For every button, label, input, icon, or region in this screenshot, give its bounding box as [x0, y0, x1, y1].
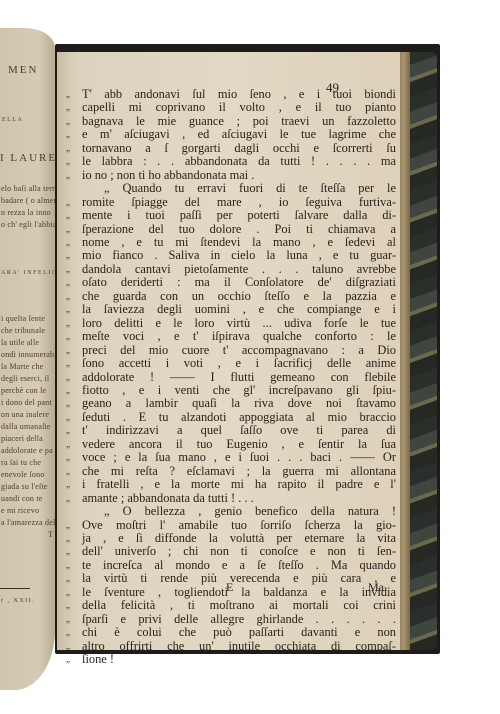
catchword: Ma	[368, 580, 384, 595]
line-text: chi è colui che può paſſarti davanti e n…	[82, 626, 396, 639]
quote-mark: „	[66, 209, 82, 222]
text-line: „bagnava le mie guance ; poi traevi un f…	[66, 115, 396, 128]
line-text: altro offrirti che un' inutile occhiata …	[82, 640, 396, 653]
line-text: io no ; non ti ho abbandonata mai .	[82, 169, 396, 182]
quote-mark: „	[66, 276, 82, 289]
text-line: „romite ſpiagge del mare , io ſeguiva fu…	[66, 196, 396, 209]
line-text: Ove moſtri l' amabile tuo ſorriſo ſcherz…	[82, 519, 396, 532]
signature-mark: E	[226, 580, 233, 595]
left-page-fragment: r , XXII.	[1, 598, 35, 604]
quote-mark: „	[66, 115, 82, 128]
text-line: „ſperazione del tuo dolore . Poi ti chia…	[66, 223, 396, 236]
left-page-fragment: badare ( o almen	[1, 196, 55, 205]
line-text: tornavano a ſ gorgarti dagli occhi e ſco…	[82, 142, 396, 155]
line-text: romite ſpiagge del mare , io ſeguiva fur…	[82, 196, 396, 209]
divider-rule	[0, 588, 30, 589]
left-page-fragment: n rezza la inno	[1, 208, 51, 217]
text-line: „loro delitti e le loro virtù ... udiva …	[66, 317, 396, 330]
text-line: „oſato deriderti : ma il Conſolatore de'…	[66, 276, 396, 289]
left-page-fragment: la utile alle	[1, 338, 39, 347]
line-text: ſperazione del tuo dolore . Poi ti chiam…	[82, 223, 396, 236]
quote-mark: „	[66, 613, 82, 626]
text-line: „mio fianco . Saliva in cielo la luna , …	[66, 249, 396, 262]
line-text: che guarda con un occhio ſteſſo e la paz…	[82, 290, 396, 303]
left-page-fragment: on una inalere	[1, 410, 49, 419]
quote-mark: „	[66, 586, 82, 599]
line-text: nome , e tu mi ſtendevi la mano , e ſede…	[82, 236, 396, 249]
quote-mark: „	[66, 317, 82, 330]
text-line: „vedere ancora il tuo Eugenio , e ſentir…	[66, 438, 396, 451]
quote-mark: „	[66, 626, 82, 639]
quote-mark: „	[66, 330, 82, 343]
text-line: „i fratelli , e la morte mi ha rapito il…	[66, 478, 396, 491]
quote-mark: „	[66, 263, 82, 276]
line-text: dandola cantavi pietoſamente . . . talun…	[82, 263, 396, 276]
line-text: la ſaviezza degli uomini , e che compian…	[82, 303, 396, 316]
line-text: ſeduti . E tu alzandoti appoggiata al mi…	[82, 411, 396, 424]
quote-mark: „	[66, 155, 82, 168]
line-text: mio fianco . Saliva in cielo la luna , e…	[82, 249, 396, 262]
quote-mark: „	[66, 196, 82, 209]
line-text: che mi reſta ? eſclamavi ; la guerra mi …	[82, 465, 396, 478]
text-line: „della felicità , ti moſtrano ai mortali…	[66, 599, 396, 612]
line-text: ſione !	[82, 653, 396, 666]
quote-mark: „	[66, 438, 82, 451]
left-page-fragment: T	[48, 530, 53, 539]
line-text: ſparſi e privi delle allegre ghirlande .…	[82, 613, 396, 626]
line-text: t' indirizzavi a quel ſaſſo ove ti parea…	[82, 424, 396, 437]
left-page-fragment: i queſta ſente	[1, 314, 45, 323]
left-page-fragment: piaceri della	[1, 434, 43, 443]
left-page-fragment: che tribunale	[1, 326, 45, 335]
text-line: „che mi reſta ? eſclamavi ; la guerra mi…	[66, 465, 396, 478]
text-line: „addolorate ! —— I flutti gemeano con fl…	[66, 371, 396, 384]
line-text: le labbra : . . abbandonata da tutti ! .…	[82, 155, 396, 168]
left-page-fragment: MEN	[8, 64, 38, 76]
quote-mark: „	[66, 478, 82, 491]
text-line: „ſeduti . E tu alzandoti appoggiata al m…	[66, 411, 396, 424]
quote-mark: „	[66, 384, 82, 397]
left-page: MENELLAI LAURETIelo baſi alla terrbadare…	[0, 28, 55, 690]
quote-mark: „	[66, 88, 82, 101]
quote-mark: „	[66, 357, 82, 370]
line-text: dell' univerſo ; chi non ti conoſce e no…	[82, 545, 396, 558]
line-text: della felicità , ti moſtrano ai mortali …	[82, 599, 396, 612]
quote-mark: „	[66, 223, 82, 236]
line-text: i fratelli , e la morte mi ha rapito il …	[82, 478, 396, 491]
text-line: „amante ; abbandonata da tutti ! . . .	[66, 492, 396, 505]
line-text: meſte voci , e t' iſpirava qualche confo…	[82, 330, 396, 343]
left-page-fragment: i dono del pant	[1, 398, 52, 407]
text-line: „t' indirizzavi a quel ſaſſo ove ti pare…	[66, 424, 396, 437]
line-text: amante ; abbandonata da tutti ! . . .	[82, 492, 396, 505]
text-line: „ O bellezza , genio benefico della natu…	[66, 505, 396, 518]
quote-mark: „	[66, 169, 82, 182]
quote-mark: „	[66, 599, 82, 612]
line-text: fiotto , e i venti che gl' increſpavano …	[82, 384, 396, 397]
quote-mark: „	[66, 451, 82, 464]
quote-mark: „	[66, 142, 82, 155]
line-text: voce ; e la ſua mano , e i ſuoi . . . ba…	[82, 451, 396, 464]
text-line: „meſte voci , e t' iſpirava qualche conf…	[66, 330, 396, 343]
line-text: bagnava le mie guance ; poi traevi un fa…	[82, 115, 396, 128]
line-text: „ Quando tu erravi fuori di te ſteſſa pe…	[82, 182, 396, 195]
quote-mark: „	[66, 492, 82, 505]
line-text: ja , e ſi diffonde la voluttà per eterna…	[82, 532, 396, 545]
text-line: „fiotto , e i venti che gl' increſpavano…	[66, 384, 396, 397]
quote-mark: „	[66, 236, 82, 249]
text-line: „dandola cantavi pietoſamente . . . talu…	[66, 263, 396, 276]
text-line: „tornavano a ſ gorgarti dagli occhi e ſc…	[66, 142, 396, 155]
quote-mark: „	[66, 344, 82, 357]
quote-mark: „	[66, 101, 82, 114]
quote-mark: „	[66, 572, 82, 585]
text-line: „la ſaviezza degli uomini , e che compia…	[66, 303, 396, 316]
quote-mark: „	[66, 411, 82, 424]
quote-mark	[66, 182, 82, 195]
text-line: „ Quando tu erravi fuori di te ſteſſa pe…	[66, 182, 396, 195]
text-line: „mente i tuoi paſſi per poterti ſalvare …	[66, 209, 396, 222]
line-text: addolorate ! —— I flutti gemeano con fle…	[82, 371, 396, 384]
line-text: te increſca al mondo e a ſe ſteſſo . Ma …	[82, 559, 396, 572]
text-line: „preci del mio cuore t' accompagnavano :…	[66, 344, 396, 357]
quote-mark: „	[66, 653, 82, 666]
line-text: vedere ancora il tuo Eugenio , e ſentir …	[82, 438, 396, 451]
quote-mark: „	[66, 424, 82, 437]
text-line: „che guarda con un occhio ſteſſo e la pa…	[66, 290, 396, 303]
left-page-fragment: addolorate e pa	[1, 446, 53, 455]
left-page-fragment: elo baſi alla terr	[1, 184, 55, 193]
line-text: ſono accetti i voti , e i ſacrificj dell…	[82, 357, 396, 370]
text-line: „te increſca al mondo e a ſe ſteſſo . Ma…	[66, 559, 396, 572]
line-text: capelli mi coprivano il volto , e il tuo…	[82, 101, 396, 114]
line-text: „ O bellezza , genio benefico della natu…	[82, 505, 396, 518]
line-text: T' abb andonavi ſul mio ſeno , e i tuoi …	[82, 88, 396, 101]
quote-mark: „	[66, 465, 82, 478]
line-text: e m' aſciugavi , ed aſciugavi le tue lag…	[82, 128, 396, 141]
left-page-fragment: e mi ricevo	[1, 506, 39, 515]
text-line: „le labbra : . . abbandonata da tutti ! …	[66, 155, 396, 168]
line-text: preci del mio cuore t' accompagnavano : …	[82, 344, 396, 357]
text-line: „geano a lambir quaſi la riva dove noi ſ…	[66, 397, 396, 410]
quote-mark: „	[66, 128, 82, 141]
quote-mark: „	[66, 371, 82, 384]
text-line: „chi è colui che può paſſarti davanti e …	[66, 626, 396, 639]
left-page-fragment: ra ſai tu che	[1, 458, 41, 467]
line-text: le ſventure , togliendoti la baldanza e …	[82, 586, 396, 599]
text-line: „io no ; non ti ho abbandonata mai .	[66, 169, 396, 182]
quote-mark: „	[66, 640, 82, 653]
text-line: „ſparſi e privi delle allegre ghirlande …	[66, 613, 396, 626]
left-page-fragment: uandi con te	[1, 494, 43, 503]
line-text: loro delitti e le loro virtù ... udiva f…	[82, 317, 396, 330]
line-text: oſato deriderti : ma il Conſolatore de' …	[82, 276, 396, 289]
text-line: „ja , e ſi diffonde la voluttà per etern…	[66, 532, 396, 545]
left-page-fragment: o ch' egli l'abbia	[1, 220, 55, 229]
text-line: „ſono accetti i voti , e i ſacrificj del…	[66, 357, 396, 370]
text-line: „dell' univerſo ; chi non ti conoſce e n…	[66, 545, 396, 558]
quote-mark: „	[66, 290, 82, 303]
text-line: „capelli mi coprivano il volto , e il tu…	[66, 101, 396, 114]
line-text: la virtù ti rende più verecenda e più ca…	[82, 572, 396, 585]
left-page-fragment: ondi innumerabil	[1, 350, 55, 359]
quote-mark: „	[66, 545, 82, 558]
left-page-fragment: a l'amarezza del	[1, 518, 55, 527]
line-text: mente i tuoi paſſi per poterti ſalvare d…	[82, 209, 396, 222]
text-line: „e m' aſciugavi , ed aſciugavi le tue la…	[66, 128, 396, 141]
left-page-fragment: perchè con le	[1, 386, 46, 395]
left-page-fragment: dalla umanaſte	[1, 422, 51, 431]
text-line: „Ove moſtri l' amabile tuo ſorriſo ſcher…	[66, 519, 396, 532]
left-page-fragment: ELLA	[2, 117, 23, 123]
line-text: geano a lambir quaſi la riva dove noi ſt…	[82, 397, 396, 410]
quote-mark: „	[66, 249, 82, 262]
left-page-fragment: la Marte che	[1, 362, 43, 371]
left-page-fragment: I LAURETI	[0, 152, 55, 164]
left-page-fragment: degli eserci, il	[1, 374, 49, 383]
text-line: „voce ; e la ſua mano , e i ſuoi . . . b…	[66, 451, 396, 464]
quote-mark: „	[66, 519, 82, 532]
text-line: „ſione !	[66, 653, 396, 666]
text-line: „nome , e tu mi ſtendevi la mano , e ſed…	[66, 236, 396, 249]
left-page-fragment: ARA' INFELICE,	[1, 270, 55, 276]
text-line: „altro offrirti che un' inutile occhiata…	[66, 640, 396, 653]
quote-mark: „	[66, 397, 82, 410]
quote-mark	[66, 505, 82, 518]
quote-mark: „	[66, 559, 82, 572]
quote-mark: „	[66, 532, 82, 545]
left-page-fragment: enevole ſono	[1, 470, 45, 479]
quote-mark: „	[66, 303, 82, 316]
text-line: „T' abb andonavi ſul mio ſeno , e i tuoi…	[66, 88, 396, 101]
left-page-fragment: giada su l'eſte	[1, 482, 48, 491]
